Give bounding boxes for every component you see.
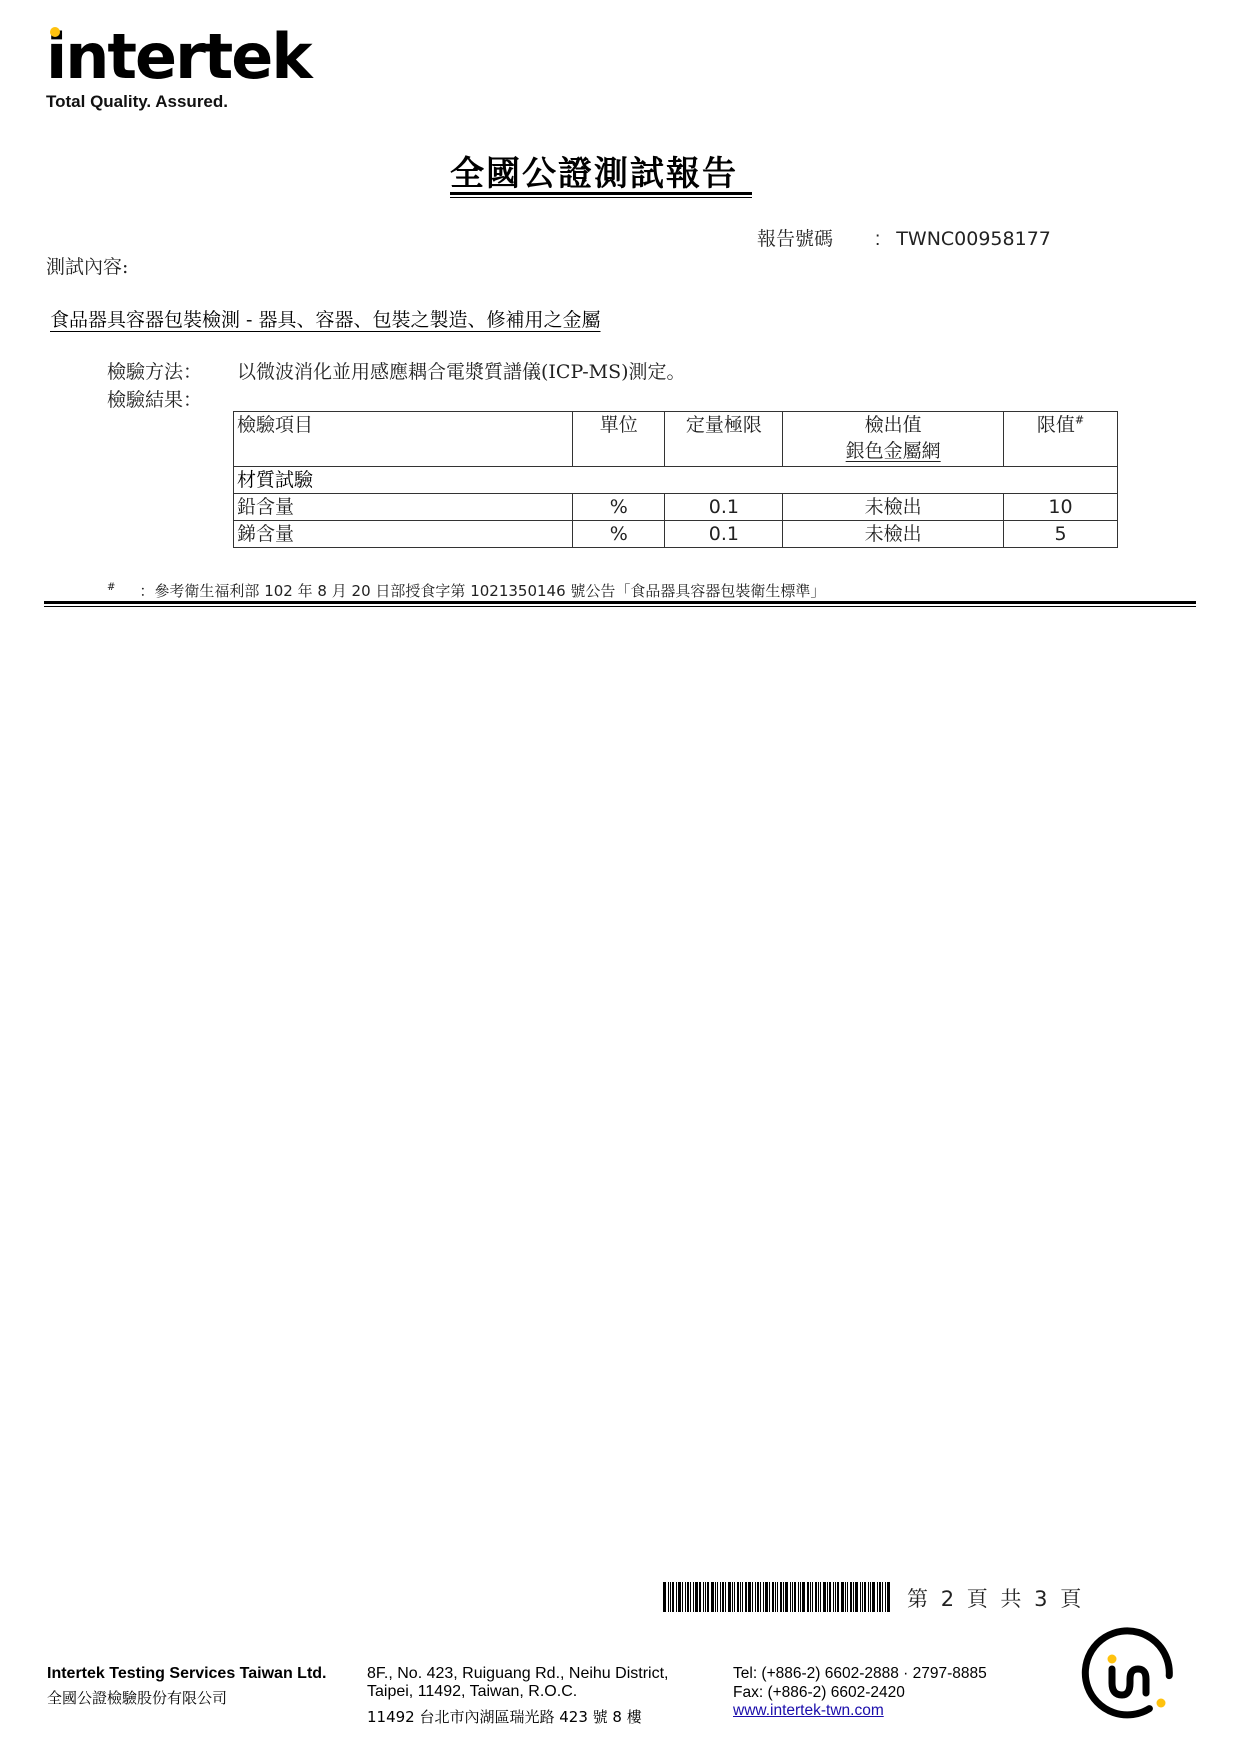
page-label: 頁 共 (967, 1587, 1025, 1611)
header-unit: 單位 (573, 412, 665, 467)
row-unit: % (573, 494, 665, 521)
logo-tagline: Total Quality. Assured. (46, 92, 311, 112)
logo-dot-icon (50, 27, 60, 37)
footer-contact: Tel: (+886-2) 6602-2888 · 2797-8885 Fax:… (733, 1665, 987, 1721)
table-row: 鉛含量 % 0.1 未檢出 10 (234, 494, 1118, 521)
logo-text: intertek (46, 20, 311, 93)
footnote-text: 日部授食字第 (375, 582, 465, 600)
table-header-row: 檢驗項目 單位 定量極限 檢出值 銀色金屬網 限值# (234, 412, 1118, 467)
barcode (663, 1582, 895, 1612)
header-limit-mark: # (1075, 414, 1084, 427)
report-number: 報告號碼:TWNC00958177 (757, 224, 1051, 251)
test-content-title: 食品器具容器包裝檢測 - 器具、容器、包裝之製造、修補用之金屬 (50, 305, 601, 332)
footnote-text: 號公告「食品器具容器包裝衛生標準」 (570, 582, 825, 600)
footnote-year: 102 (264, 582, 293, 600)
footer-address-zh: 11492 台北市內湖區瑞光路 423 號 8 樓 (367, 1706, 642, 1727)
footer-fax: Fax: (+886-2) 6602-2420 (733, 1684, 987, 1703)
result-label: 檢驗結果： (107, 385, 202, 412)
page-total: 3 (1034, 1587, 1050, 1611)
footnote-month: 8 (317, 582, 327, 600)
header-loq: 定量極限 (665, 412, 783, 467)
footnote-text: 月 (332, 582, 347, 600)
page-number: 第 2 頁 共 3 頁 (907, 1583, 1084, 1613)
title-underline (450, 192, 752, 195)
intertek-logo: intertek Total Quality. Assured. (46, 26, 311, 112)
section-divider (44, 601, 1196, 604)
title-underline-thin (450, 197, 752, 198)
footnote-text: 年 (298, 582, 313, 600)
results-table: 檢驗項目 單位 定量極限 檢出值 銀色金屬網 限值# 材質試驗 鉛含量 % 0.… (233, 411, 1118, 548)
test-content-label: 測試內容: (46, 252, 128, 279)
intertek-circle-logo-icon (1078, 1625, 1178, 1725)
report-number-value: TWNC00958177 (896, 228, 1051, 250)
row-detected: 未檢出 (783, 494, 1004, 521)
row-item: 鉛含量 (234, 494, 573, 521)
method-label: 檢驗方法： (107, 357, 202, 384)
footer-website-link[interactable]: www.intertek-twn.com (733, 1702, 884, 1719)
footer-company-en: Intertek Testing Services Taiwan Ltd. (47, 1665, 326, 1683)
method-value: 以微波消化並用感應耦合電漿質譜儀(ICP-MS)測定。 (237, 357, 686, 384)
footer-address-line: 8F., No. 423, Ruiguang Rd., Neihu Distri… (367, 1665, 668, 1683)
row-loq: 0.1 (665, 494, 783, 521)
header-detected-label: 檢出值 (786, 412, 1000, 438)
row-item: 銻含量 (234, 521, 573, 548)
footnote-text: ：參考衛生福利部 (139, 582, 259, 600)
footnote-doc-number: 1021350146 (470, 582, 565, 600)
header-detected: 檢出值 銀色金屬網 (783, 412, 1004, 467)
footer-address: 8F., No. 423, Ruiguang Rd., Neihu Distri… (367, 1665, 668, 1701)
header-limit: 限值# (1003, 412, 1117, 467)
row-detected: 未檢出 (783, 521, 1004, 548)
report-number-colon: : (875, 229, 880, 250)
table-section-row: 材質試驗 (234, 467, 1118, 494)
section-label: 材質試驗 (234, 467, 1118, 494)
report-title: 全國公證測試報告 (450, 146, 738, 195)
footer-tel: Tel: (+886-2) 6602-2888 · 2797-8885 (733, 1665, 987, 1684)
header-limit-label: 限值 (1037, 414, 1075, 436)
footnote-mark: # (107, 582, 115, 593)
row-unit: % (573, 521, 665, 548)
table-row: 銻含量 % 0.1 未檢出 5 (234, 521, 1118, 548)
row-limit: 5 (1003, 521, 1117, 548)
row-loq: 0.1 (665, 521, 783, 548)
footnote: #：參考衛生福利部 102 年 8 月 20 日部授食字第 1021350146… (107, 580, 825, 601)
header-item: 檢驗項目 (234, 412, 573, 467)
section-divider-thin (44, 606, 1196, 607)
logo-wordmark: intertek (46, 26, 311, 88)
footnote-day: 20 (352, 582, 371, 600)
page-label: 第 (907, 1587, 931, 1611)
row-limit: 10 (1003, 494, 1117, 521)
footer-company-zh: 全國公證檢驗股份有限公司 (47, 1687, 227, 1708)
page-label: 頁 (1060, 1587, 1084, 1611)
report-number-label: 報告號碼 (757, 228, 833, 250)
footer-address-line: Taipei, 11492, Taiwan, R.O.C. (367, 1683, 668, 1701)
header-sample-name: 銀色金屬網 (786, 438, 1000, 464)
page-current: 2 (941, 1587, 957, 1611)
